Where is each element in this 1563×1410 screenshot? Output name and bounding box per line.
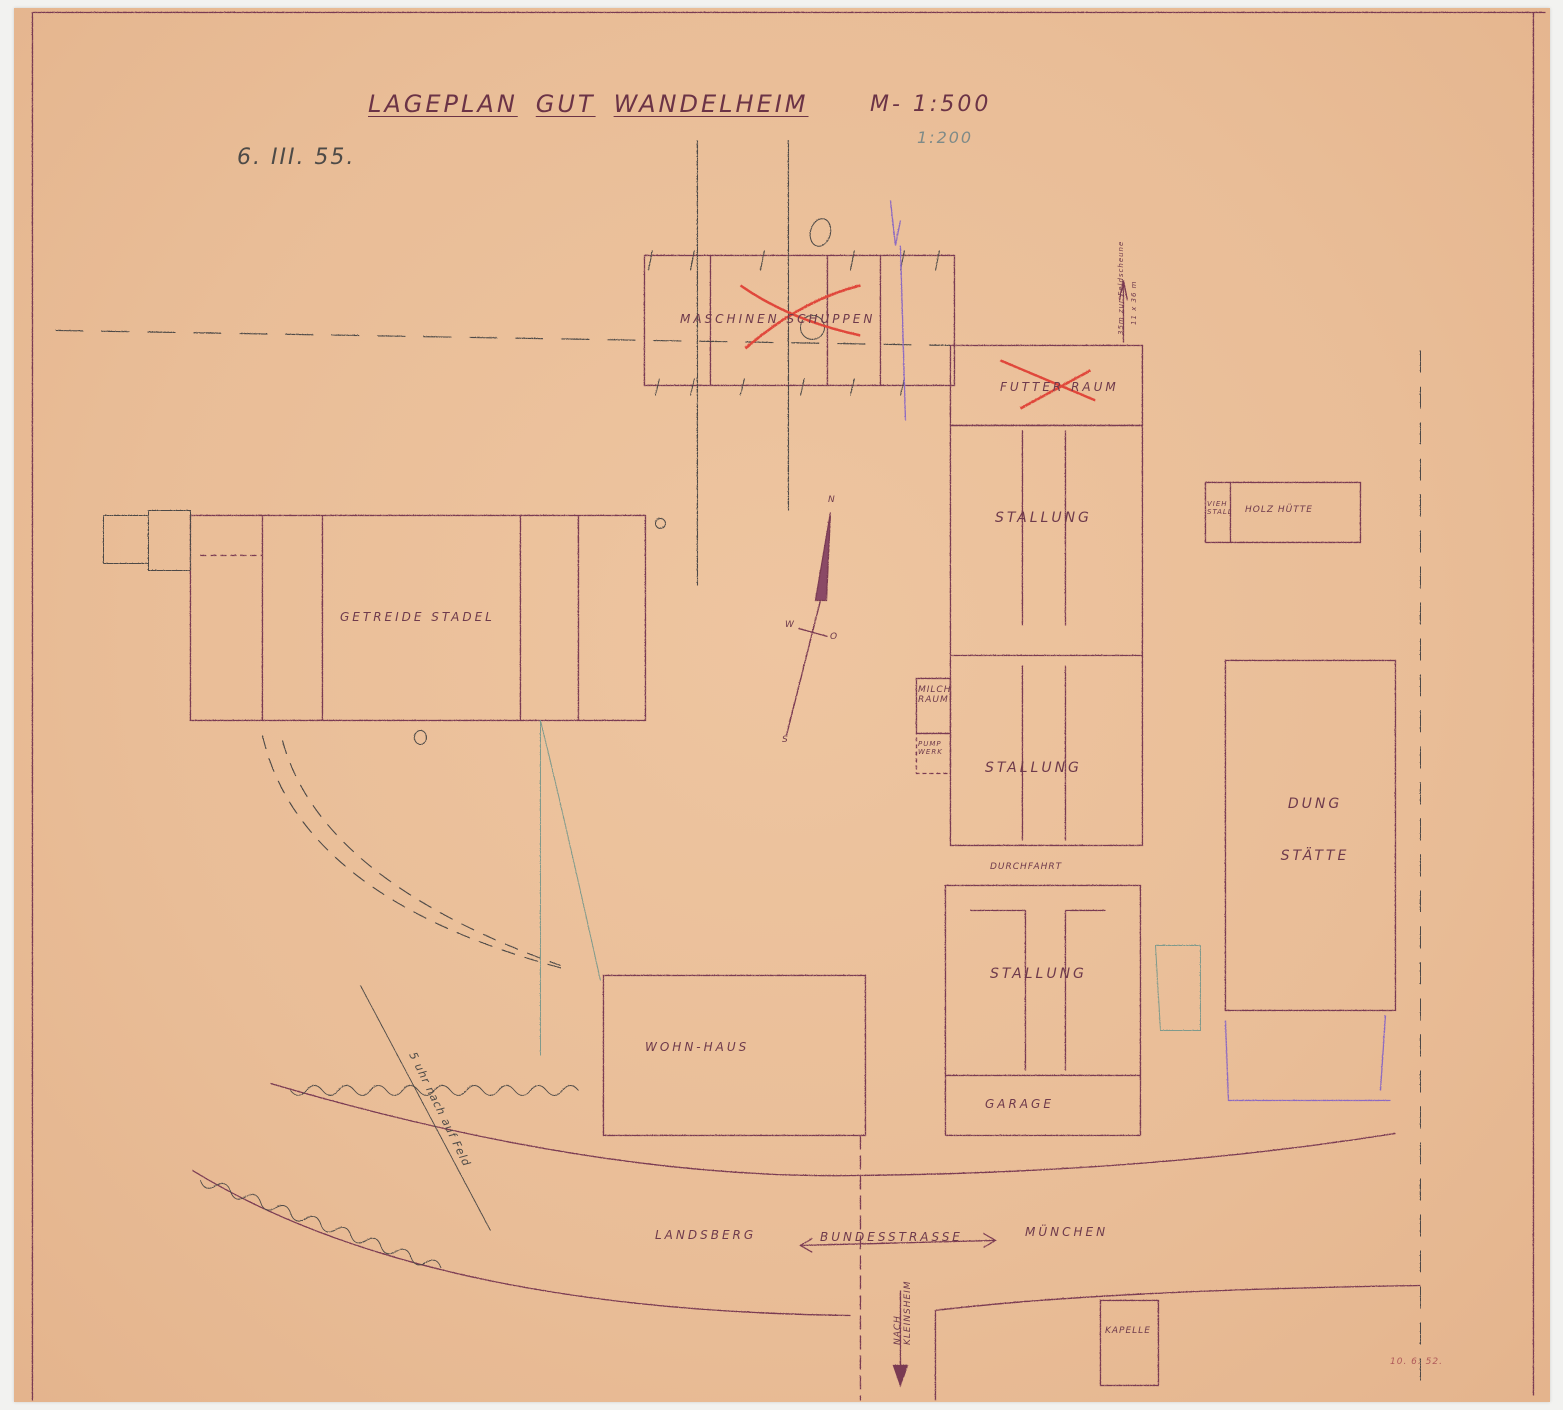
label-stallung-2: STALLUNG (985, 760, 1082, 776)
building-getreide-stadel (103, 510, 665, 744)
green-pencil-sketch (540, 720, 1200, 1055)
date-corner: 10. 6. 52. (1390, 1357, 1443, 1367)
building-kapelle (1100, 1300, 1158, 1385)
label-futter-raum: FUTTER RAUM (1000, 380, 1119, 394)
date-pencil: 6. III. 55. (237, 145, 355, 170)
title-gut: GUT (536, 90, 596, 118)
compass-n: N (828, 495, 836, 505)
site-plan-drawing (0, 0, 1563, 1410)
label-maschinen-schuppen: MASCHINEN SCHUPPEN (680, 312, 875, 326)
label-holz-huette: HOLZ HÜTTE (1245, 505, 1313, 515)
label-garage: GARAGE (985, 1097, 1054, 1111)
building-maschinen-schuppen (644, 216, 954, 395)
label-durchfahrt: DURCHFAHRT (990, 862, 1062, 872)
compass-w: W (785, 620, 795, 630)
building-wohn-haus (603, 975, 865, 1135)
label-stallung-3: STALLUNG (990, 966, 1087, 982)
label-dung-staette: DUNG STÄTTE (1270, 778, 1360, 882)
compass-o: O (830, 632, 838, 642)
label-bundesstrasse: BUNDESSTRASSE (820, 1230, 963, 1244)
label-kapelle: KAPELLE (1105, 1326, 1151, 1336)
label-muenchen: MÜNCHEN (1025, 1225, 1108, 1239)
label-wohn-haus: WOHN-HAUS (645, 1040, 749, 1054)
label-getreide-stadel: GETREIDE STADEL (340, 610, 495, 624)
driveway-curve (262, 735, 570, 970)
scanned-document: LAGEPLANGUTWANDELHEIM M- 1:500 1:200 6. … (0, 0, 1563, 1410)
plan-title: LAGEPLANGUTWANDELHEIM (368, 90, 827, 118)
label-stallung-1: STALLUNG (995, 510, 1092, 526)
label-nach-kleinsheim: NACH KLEINSHEIM (893, 1265, 913, 1345)
note-field-barn-size: 11 x 36 m (1130, 281, 1138, 325)
scale-original: M- 1:500 (870, 92, 991, 117)
note-field-barn: 35m zur Feldscheune (1117, 241, 1125, 335)
title-wandelheim: WANDELHEIM (614, 90, 809, 118)
road-bundesstrasse (192, 350, 1420, 1400)
label-vieh-stall: VIEH STALL (1207, 500, 1231, 516)
scale-corrected: 1:200 (917, 128, 973, 147)
label-milch-raum: MILCH RAUM (918, 685, 950, 705)
label-landsberg: LANDSBERG (655, 1228, 756, 1242)
title-lageplan: LAGEPLAN (368, 90, 518, 118)
pencil-axis-lines (55, 140, 950, 585)
label-pump-werk: PUMP WERK (918, 740, 950, 756)
building-stall-block (945, 345, 1142, 1135)
compass-s: S (782, 735, 789, 745)
